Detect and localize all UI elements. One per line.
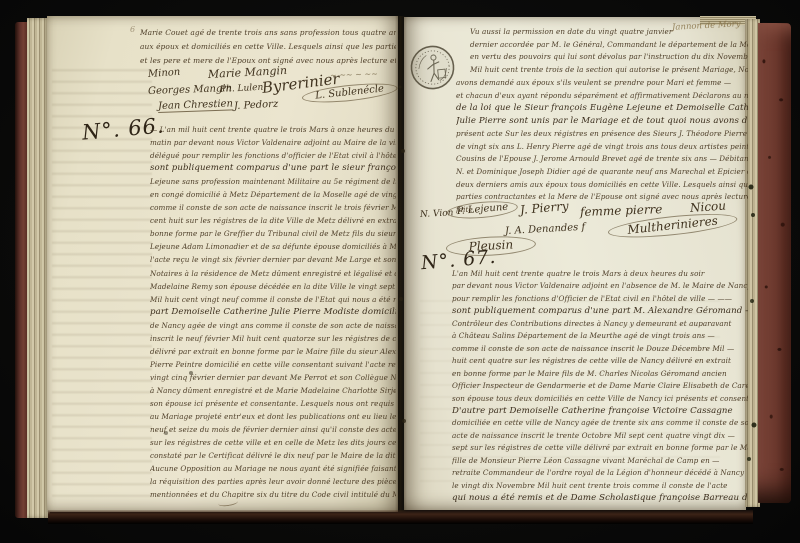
manuscript-line: en bonne forme par le Maire fils de M. C… xyxy=(452,368,748,380)
manuscript-line: et chacun d'eux ayant répondu séparément… xyxy=(456,90,748,103)
manuscript-line: Pierre Peintre domicilié en cette ville … xyxy=(150,358,396,371)
manuscript-line: retraite Commandeur de l'ordre royal de … xyxy=(452,467,748,479)
entry-67-text: L'an Mil huit cent trente quatre le troi… xyxy=(452,268,748,505)
manuscript-line: acte de naissance inscrit le trente Octo… xyxy=(452,430,748,442)
manuscript-line: son épouse tous deux domiciliés en cette… xyxy=(452,393,748,405)
manuscript-line: D'autre part Demoiselle Catherine franço… xyxy=(452,405,748,417)
manuscript-line: comme il conste de son acte de naissance… xyxy=(452,343,748,355)
entry-66-text: — L'an mil huit cent trente quatre le tr… xyxy=(150,123,396,501)
manuscript-line: aux époux et domiciliés en cette Ville. … xyxy=(140,40,396,54)
manuscript-line: constaté par le Certificat délivré le di… xyxy=(150,449,396,462)
ink-specks xyxy=(0,0,2,2)
manuscript-line: à Château Salins Département de la Meurt… xyxy=(452,330,748,342)
manuscript-line: Mil huit cent trente trois de la section… xyxy=(470,64,748,77)
manuscript-line: par devant nous Victor Valdenaire adjoin… xyxy=(452,280,748,292)
manuscript-line: inscrit le neuf février Mil huit cent qu… xyxy=(150,332,396,345)
manuscript-line: pour remplir les fonctions d'Officier de… xyxy=(452,293,748,305)
manuscript-line: au Mariage projeté entr'eux et dont les … xyxy=(150,410,396,423)
manuscript-line: son épouse ici présente et consentante. … xyxy=(150,397,396,410)
manuscript-line: Officier Inspecteur de Gendarmerie et de… xyxy=(452,380,748,392)
manuscript-line: de vingt six ans L. Henry Pierre agé de … xyxy=(456,141,748,154)
manuscript-line: domiciliée en cette ville de Nancy agée … xyxy=(452,417,748,429)
manuscript-line: part Demoiselle Catherine Julie Pierre M… xyxy=(150,306,396,319)
signature: Minon xyxy=(148,67,181,80)
manuscript-line: Lejeune sans profession maintenant Milit… xyxy=(150,175,396,188)
manuscript-line: délégué pour remplir les fonctions d'off… xyxy=(150,149,396,162)
manuscript-line: présent acte Sur les deux régistres en p… xyxy=(456,128,748,141)
manuscript-line: la réquisition des parties après leur av… xyxy=(150,475,396,488)
manuscript-line: Contrôleur des Contributions directes à … xyxy=(452,318,748,330)
manuscript-line: Marie Couet agé de trente trois ans sans… xyxy=(140,26,396,40)
manuscript-line: de la loi que le Sieur françois Eugène L… xyxy=(456,102,748,115)
manuscript-line: en vertu des pouvoirs qui lui sont dévol… xyxy=(470,51,748,64)
manuscript-line: cent huit sur les régistres de la dite V… xyxy=(150,214,396,227)
manuscript-line: de Nancy agée de vingt ans comme il cons… xyxy=(150,319,396,332)
manuscript-line: fille de Monsieur Pierre Léon Cassagne v… xyxy=(452,455,748,467)
manuscript-line: Lejeune Adam Limonadier et de sa défunte… xyxy=(150,240,396,253)
manuscript-line: sont publiquement comparus d'une part M.… xyxy=(452,305,748,317)
signature: J. Pedorz xyxy=(234,99,279,112)
manuscript-line: vingt cinq février dernier par devant Me… xyxy=(150,371,396,384)
manuscript-line: matin par devant nous Victor Valdenaire … xyxy=(150,136,396,149)
manuscript-line: N. et Dominique Joseph Didier agé de qua… xyxy=(456,166,748,179)
manuscript-line: en congé domicilié à Metz Département de… xyxy=(150,188,396,201)
manuscript-line: neuf et seize du mois de février dernier… xyxy=(150,423,396,436)
manuscript-line: Vu aussi la permission en date du vingt … xyxy=(470,26,748,39)
manuscript-line: délivré par extrait en bonne forme par l… xyxy=(150,345,396,358)
manuscript-line: l'acte reçu le vingt six février dernier… xyxy=(150,253,396,266)
manuscript-line: Aucune Opposition au Mariage ne nous aya… xyxy=(150,462,396,475)
signature: femme pierre xyxy=(580,202,663,219)
entry-66-conclusion-beside-stamp: Vu aussi la permission en date du vingt … xyxy=(470,26,748,77)
manuscript-line: le vingt dix Novembre Mil huit cent tren… xyxy=(452,480,748,492)
manuscript-line: sont publiquement comparus d'une part le… xyxy=(150,162,396,175)
continuation-text-left-page: Marie Couet agé de trente trois ans sans… xyxy=(140,26,396,69)
signature: Nicou xyxy=(690,199,727,215)
book-bottom-edge xyxy=(48,510,753,524)
manuscript-line: Notaires à la résidence de Metz dûment e… xyxy=(150,267,396,280)
manuscript-line: sur les régistres de cette ville et en c… xyxy=(150,436,396,449)
official-seal-stamp-icon xyxy=(407,42,459,94)
manuscript-line: deux derniers amis aux époux tous domici… xyxy=(456,179,748,192)
photograph-of-open-registry-book: 6 Marie Couet agé de trente trois ans sa… xyxy=(0,0,800,543)
manuscript-line: bonne forme par le Greffier du Tribunal … xyxy=(150,227,396,240)
manuscript-line: dernier accordée par M. le Général, Comm… xyxy=(470,39,748,52)
manuscript-line: à Nancy dûment enregistré et de Marie Ma… xyxy=(150,384,396,397)
manuscript-line: qui nous a été remis et de Dame Scholast… xyxy=(452,492,748,504)
manuscript-line: mentionnées et du Chapitre six du titre … xyxy=(150,488,396,501)
page-corner-mark: 6 xyxy=(130,25,135,34)
manuscript-line: avons demandé aux époux s'ils veulent se… xyxy=(456,77,748,90)
manuscript-line: — L'an mil huit cent trente quatre le tr… xyxy=(150,123,396,136)
manuscript-line: sept sur les régistres de cette ville dé… xyxy=(452,442,748,454)
manuscript-line: Cousins de l'Epouse J. Jerome Arnould Br… xyxy=(456,153,748,166)
manuscript-line: huit cent quatre sur les régistres de ce… xyxy=(452,355,748,367)
manuscript-line: Madelaine Remy son épouse décédée en la … xyxy=(150,280,396,293)
entry-66-conclusion-text: avons demandé aux époux s'ils veulent se… xyxy=(456,77,748,217)
manuscript-line: comme il conste de son acte de naissance… xyxy=(150,201,396,214)
book-cover-right-edge xyxy=(758,23,791,503)
book-gutter-shadow xyxy=(395,16,407,512)
manuscript-line: Julie Pierre sont unis par le Mariage et… xyxy=(456,115,748,128)
manuscript-line: L'an Mil huit cent trente quatre le troi… xyxy=(452,268,748,280)
manuscript-line: Mil huit cent vingt neuf comme il conste… xyxy=(150,293,396,306)
